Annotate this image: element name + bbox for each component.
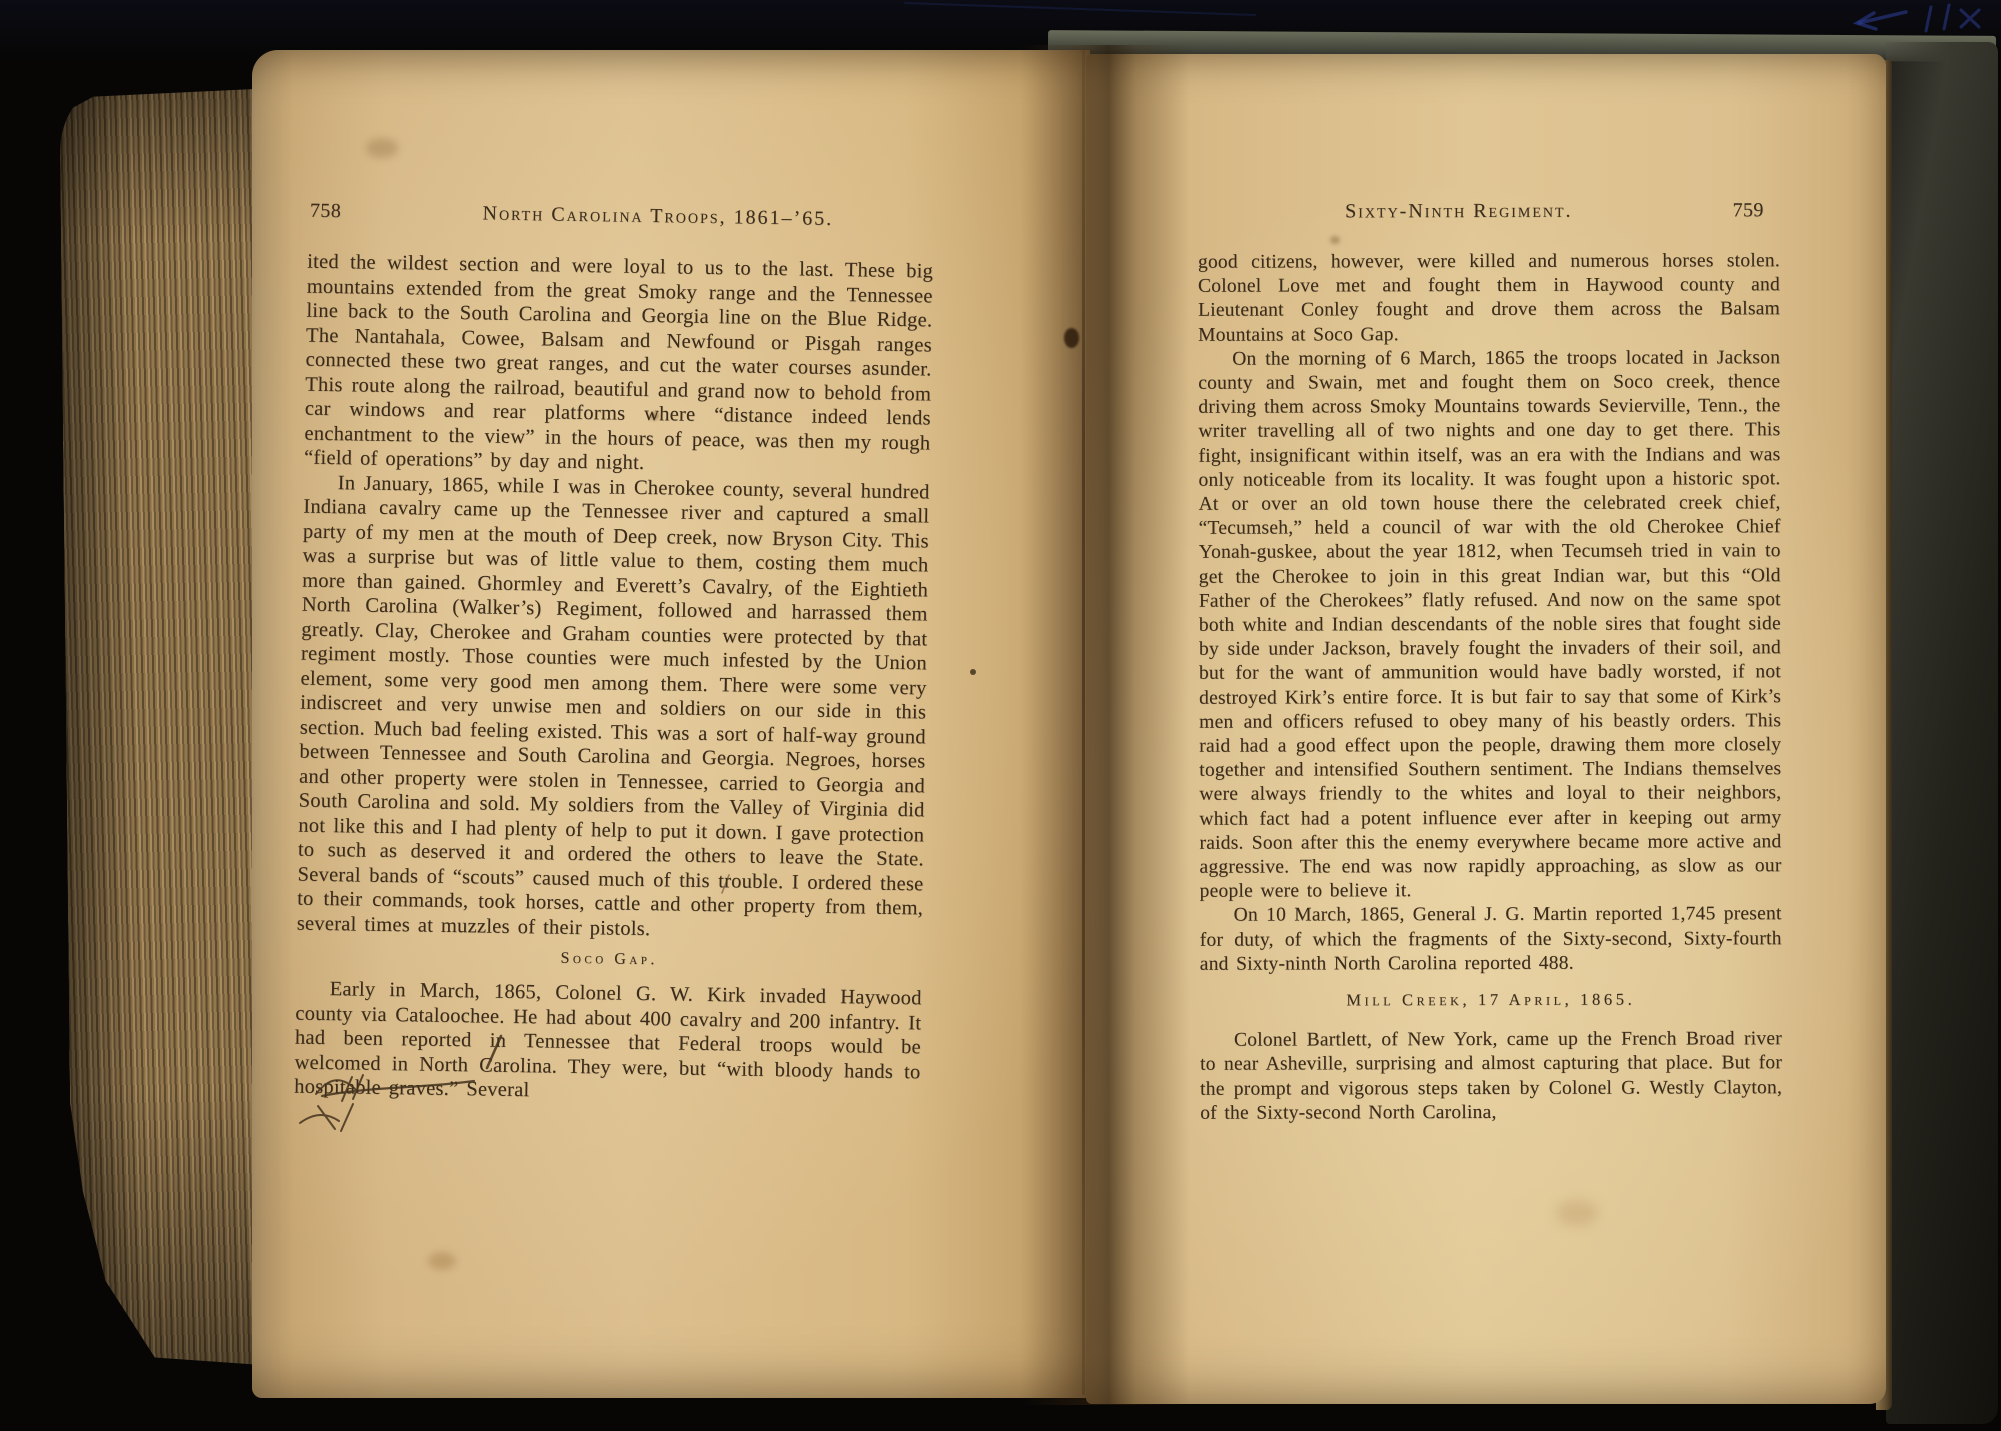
paragraph: Colonel Bartlett, of New York, came up t… (1200, 1027, 1782, 1125)
gutter-crease (1082, 50, 1085, 1395)
section-heading-soco-gap: Soco Gap. (296, 946, 922, 974)
paragraph: On 10 March, 1865, General J. G. Martin … (1200, 903, 1782, 977)
right-running-title: Sixty-Ninth Regiment. (1198, 199, 1720, 223)
section-heading-mill-creek: Mill Creek, 17 April, 1865. (1200, 989, 1782, 1011)
right-running-head: Sixty-Ninth Regiment. 759 (1198, 199, 1780, 229)
paragraph: good citizens, however, were killed and … (1198, 249, 1780, 347)
left-page-content: 758 North Carolina Troops, 1861–’65. ite… (294, 200, 934, 1109)
right-page-content: Sixty-Ninth Regiment. 759 good citizens,… (1198, 199, 1782, 1125)
book-cover-right-board (1886, 42, 1998, 1424)
paragraph: Early in March, 1865, Colonel G. W. Kirk… (294, 977, 922, 1109)
right-page-number: 759 (1733, 199, 1764, 222)
left-page-number: 758 (310, 200, 342, 223)
book-photo-scene: 758 North Carolina Troops, 1861–’65. ite… (0, 0, 2001, 1431)
paragraph: In January, 1865, while I was in Cheroke… (297, 470, 930, 945)
paragraph: ited the wildest section and were loyal … (304, 250, 933, 480)
paragraph: On the morning of 6 March, 1865 the troo… (1198, 346, 1781, 904)
